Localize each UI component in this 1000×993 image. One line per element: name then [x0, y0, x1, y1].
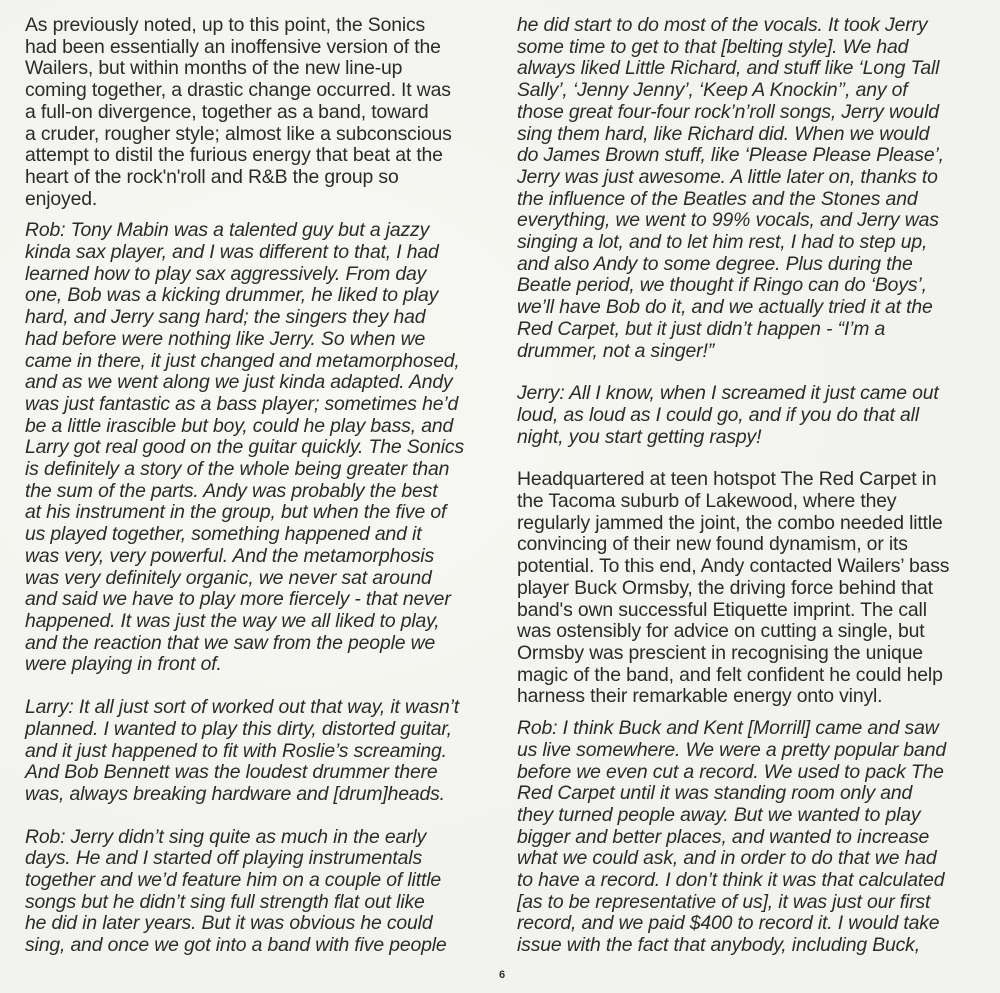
paragraph-spacer — [25, 676, 495, 697]
quote-jerry-screaming: Jerry: All I know, when I screamed it ju… — [517, 383, 987, 448]
booklet-page: As previously noted, up to this point, t… — [0, 0, 1000, 993]
quote-rob-sax: Rob: Tony Mabin was a talented guy but a… — [25, 220, 495, 676]
narrative-paragraph-red-carpet: Headquartered at teen hotspot The Red Ca… — [517, 469, 987, 708]
right-column: he did start to do most of the vocals. I… — [517, 15, 987, 957]
quote-larry-guitar: Larry: It all just sort of worked out th… — [25, 697, 495, 806]
left-column: As previously noted, up to this point, t… — [25, 15, 495, 957]
narrative-paragraph-intro: As previously noted, up to this point, t… — [25, 15, 495, 210]
page-number: 6 — [499, 969, 505, 981]
quote-rob-vocals-continued: he did start to do most of the vocals. I… — [517, 15, 987, 362]
paragraph-spacer — [25, 806, 495, 827]
quote-rob-jerry-singing: Rob: Jerry didn’t sing quite as much in … — [25, 827, 495, 957]
paragraph-spacer — [517, 448, 987, 469]
quote-rob-first-record: Rob: I think Buck and Kent [Morrill] cam… — [517, 718, 987, 957]
paragraph-spacer — [517, 362, 987, 383]
